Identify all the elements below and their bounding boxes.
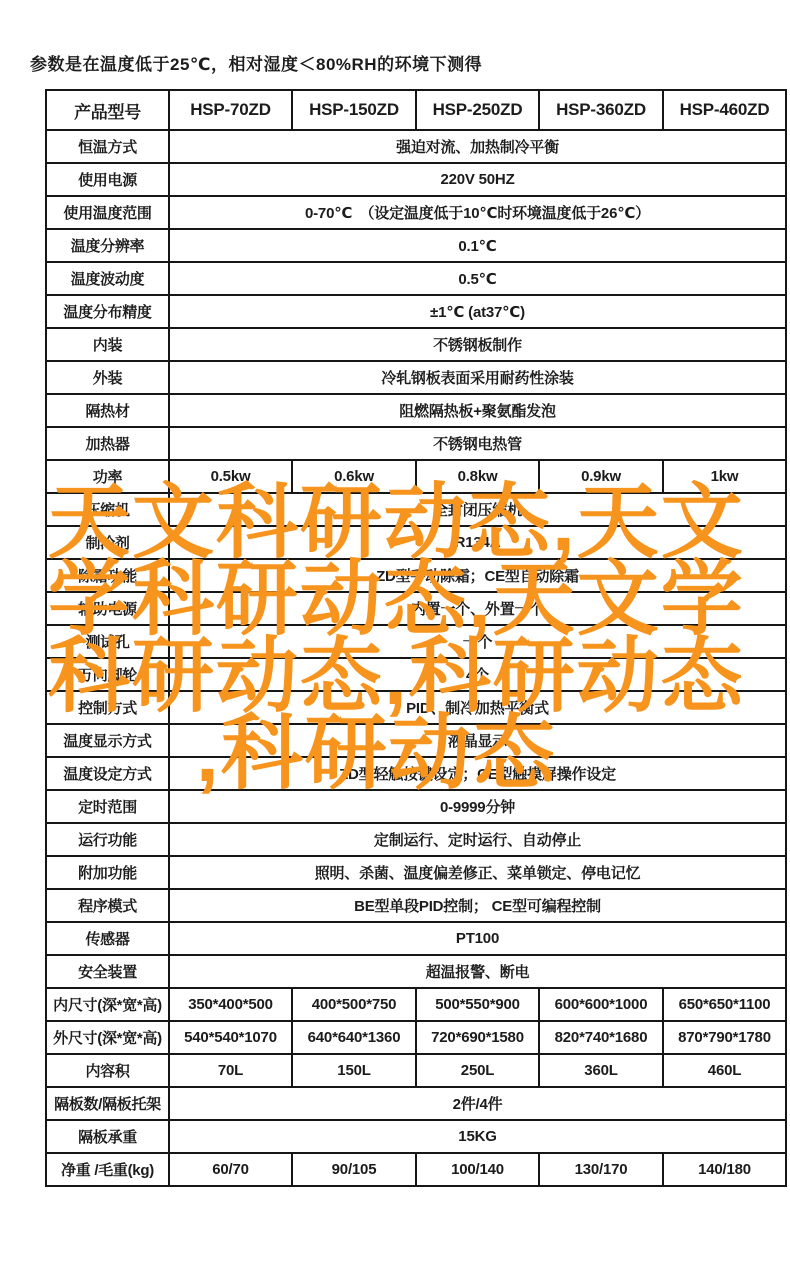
spec-value-cell: 100/140 — [416, 1153, 539, 1186]
table-row: 附加功能照明、杀菌、温度偏差修正、菜单锁定、停电记忆 — [46, 856, 786, 889]
spec-value-cell: 液晶显示 — [169, 724, 786, 757]
spec-label-cell: 万向脚轮 — [46, 658, 169, 691]
spec-label-cell: 隔热材 — [46, 394, 169, 427]
spec-value-cell: 130/170 — [539, 1153, 663, 1186]
spec-value-cell: ±1℃ (at37℃) — [169, 295, 786, 328]
spec-label-cell: 温度分布精度 — [46, 295, 169, 328]
spec-value-cell: 400*500*750 — [292, 988, 416, 1021]
spec-label-cell: 功率 — [46, 460, 169, 493]
spec-value-cell: 250L — [416, 1054, 539, 1087]
spec-value-cell: 0.6kw — [292, 460, 416, 493]
table-row: 功率0.5kw0.6kw0.8kw0.9kw1kw — [46, 460, 786, 493]
spec-value-cell: 强迫对流、加热制冷平衡 — [169, 130, 786, 163]
spec-table-body: 恒温方式强迫对流、加热制冷平衡使用电源220V 50HZ使用温度范围0-70℃ … — [46, 130, 786, 1186]
spec-value-cell: 冷轧钢板表面采用耐药性涂装 — [169, 361, 786, 394]
spec-value-cell: 2件/4件 — [169, 1087, 786, 1120]
table-row: 测试孔一个 — [46, 625, 786, 658]
table-row: 使用电源220V 50HZ — [46, 163, 786, 196]
table-row: 温度设定方式ZD型轻触按键设定；CE型触摸屏操作设定 — [46, 757, 786, 790]
table-row: 温度波动度0.5℃ — [46, 262, 786, 295]
spec-value-cell: 0.5kw — [169, 460, 292, 493]
spec-value-cell: 定制运行、定时运行、自动停止 — [169, 823, 786, 856]
spec-value-cell: 60/70 — [169, 1153, 292, 1186]
spec-label-cell: 内容积 — [46, 1054, 169, 1087]
spec-value-cell: 阻燃隔热板+聚氨酯发泡 — [169, 394, 786, 427]
spec-label-cell: 除霜功能 — [46, 559, 169, 592]
table-row: 程序模式BE型单段PID控制； CE型可编程控制 — [46, 889, 786, 922]
spec-value-cell: 不锈钢电热管 — [169, 427, 786, 460]
spec-label-cell: 使用温度范围 — [46, 196, 169, 229]
spec-value-cell: 15KG — [169, 1120, 786, 1153]
spec-value-cell: 0-9999分钟 — [169, 790, 786, 823]
spec-value-cell: 1kw — [663, 460, 786, 493]
spec-value-cell: 870*790*1780 — [663, 1021, 786, 1054]
spec-label-cell: 温度显示方式 — [46, 724, 169, 757]
table-row: 除霜功能ZD型手动除霜；CE型自动除霜 — [46, 559, 786, 592]
spec-value-cell: 70L — [169, 1054, 292, 1087]
table-row: 恒温方式强迫对流、加热制冷平衡 — [46, 130, 786, 163]
table-row: 温度分布精度±1℃ (at37℃) — [46, 295, 786, 328]
table-row: 定时范围0-9999分钟 — [46, 790, 786, 823]
table-row: 外装冷轧钢板表面采用耐药性涂装 — [46, 361, 786, 394]
spec-value-cell: 超温报警、断电 — [169, 955, 786, 988]
table-row: 压缩机全封闭压缩机 — [46, 493, 786, 526]
header-model-cell: HSP-70ZD — [169, 90, 292, 130]
spec-value-cell: 一个 — [169, 625, 786, 658]
table-row: 内尺寸(深*宽*高)350*400*500400*500*750500*550*… — [46, 988, 786, 1021]
table-row: 传感器PT100 — [46, 922, 786, 955]
spec-value-cell: R134A — [169, 526, 786, 559]
spec-value-cell: 220V 50HZ — [169, 163, 786, 196]
spec-label-cell: 程序模式 — [46, 889, 169, 922]
spec-label-cell: 控制方式 — [46, 691, 169, 724]
spec-value-cell: 350*400*500 — [169, 988, 292, 1021]
spec-value-cell: 540*540*1070 — [169, 1021, 292, 1054]
spec-value-cell: 内置一个、外置一个 — [169, 592, 786, 625]
spec-label-cell: 附加功能 — [46, 856, 169, 889]
table-row: 外尺寸(深*宽*高)540*540*1070640*640*1360720*69… — [46, 1021, 786, 1054]
table-row: 制冷剂R134A — [46, 526, 786, 559]
spec-value-cell: ZD型手动除霜；CE型自动除霜 — [169, 559, 786, 592]
spec-label-cell: 恒温方式 — [46, 130, 169, 163]
spec-value-cell: 820*740*1680 — [539, 1021, 663, 1054]
table-row: 温度分辨率0.1℃ — [46, 229, 786, 262]
spec-value-cell: 4个 — [169, 658, 786, 691]
spec-value-cell: 0.9kw — [539, 460, 663, 493]
spec-value-cell: 150L — [292, 1054, 416, 1087]
spec-value-cell: 不锈钢板制作 — [169, 328, 786, 361]
table-row: 使用温度范围0-70℃ （设定温度低于10℃时环境温度低于26℃） — [46, 196, 786, 229]
spec-value-cell: PT100 — [169, 922, 786, 955]
spec-label-cell: 制冷剂 — [46, 526, 169, 559]
table-row: 辅助电源内置一个、外置一个 — [46, 592, 786, 625]
header-model-cell: HSP-360ZD — [539, 90, 663, 130]
spec-value-cell: 90/105 — [292, 1153, 416, 1186]
spec-value-cell: 0.1℃ — [169, 229, 786, 262]
table-header-row: 产品型号 HSP-70ZD HSP-150ZD HSP-250ZD HSP-36… — [46, 90, 786, 130]
spec-label-cell: 净重 /毛重(kg) — [46, 1153, 169, 1186]
spec-value-cell: 460L — [663, 1054, 786, 1087]
spec-label-cell: 温度分辨率 — [46, 229, 169, 262]
spec-value-cell: 0.5℃ — [169, 262, 786, 295]
table-row: 内装不锈钢板制作 — [46, 328, 786, 361]
table-row: 万向脚轮4个 — [46, 658, 786, 691]
spec-label-cell: 内尺寸(深*宽*高) — [46, 988, 169, 1021]
spec-label-cell: 辅助电源 — [46, 592, 169, 625]
spec-value-cell: 0.8kw — [416, 460, 539, 493]
spec-label-cell: 运行功能 — [46, 823, 169, 856]
spec-label-cell: 内装 — [46, 328, 169, 361]
spec-label-cell: 外装 — [46, 361, 169, 394]
spec-label-cell: 使用电源 — [46, 163, 169, 196]
spec-value-cell: 650*650*1100 — [663, 988, 786, 1021]
spec-value-cell: 0-70℃ （设定温度低于10℃时环境温度低于26℃） — [169, 196, 786, 229]
spec-label-cell: 温度波动度 — [46, 262, 169, 295]
table-row: 隔板承重15KG — [46, 1120, 786, 1153]
spec-label-cell: 隔板承重 — [46, 1120, 169, 1153]
table-row: 运行功能定制运行、定时运行、自动停止 — [46, 823, 786, 856]
spec-value-cell: 720*690*1580 — [416, 1021, 539, 1054]
spec-value-cell: 500*550*900 — [416, 988, 539, 1021]
table-row: 净重 /毛重(kg)60/7090/105100/140130/170140/1… — [46, 1153, 786, 1186]
spec-label-cell: 外尺寸(深*宽*高) — [46, 1021, 169, 1054]
spec-label-cell: 隔板数/隔板托架 — [46, 1087, 169, 1120]
spec-value-cell: 照明、杀菌、温度偏差修正、菜单锁定、停电记忆 — [169, 856, 786, 889]
spec-value-cell: 全封闭压缩机 — [169, 493, 786, 526]
header-model-cell: HSP-250ZD — [416, 90, 539, 130]
measurement-condition-note: 参数是在温度低于25℃，相对湿度＜80%RH的环境下测得 — [30, 50, 482, 75]
table-row: 控制方式PID、制冷加热平衡式 — [46, 691, 786, 724]
product-spec-table: 产品型号 HSP-70ZD HSP-150ZD HSP-250ZD HSP-36… — [45, 89, 787, 1187]
spec-label-cell: 温度设定方式 — [46, 757, 169, 790]
table-row: 安全装置超温报警、断电 — [46, 955, 786, 988]
spec-value-cell: ZD型轻触按键设定；CE型触摸屏操作设定 — [169, 757, 786, 790]
spec-value-cell: PID、制冷加热平衡式 — [169, 691, 786, 724]
header-label-cell: 产品型号 — [46, 90, 169, 130]
spec-value-cell: 360L — [539, 1054, 663, 1087]
table-row: 加热器不锈钢电热管 — [46, 427, 786, 460]
spec-value-cell: 640*640*1360 — [292, 1021, 416, 1054]
spec-value-cell: 140/180 — [663, 1153, 786, 1186]
table-row: 温度显示方式液晶显示 — [46, 724, 786, 757]
spec-label-cell: 定时范围 — [46, 790, 169, 823]
table-row: 隔热材阻燃隔热板+聚氨酯发泡 — [46, 394, 786, 427]
spec-value-cell: 600*600*1000 — [539, 988, 663, 1021]
spec-label-cell: 测试孔 — [46, 625, 169, 658]
spec-label-cell: 传感器 — [46, 922, 169, 955]
page: 参数是在温度低于25℃，相对湿度＜80%RH的环境下测得 产品型号 HSP-70… — [0, 0, 790, 1277]
spec-label-cell: 压缩机 — [46, 493, 169, 526]
table-row: 隔板数/隔板托架2件/4件 — [46, 1087, 786, 1120]
spec-label-cell: 安全装置 — [46, 955, 169, 988]
spec-value-cell: BE型单段PID控制； CE型可编程控制 — [169, 889, 786, 922]
header-model-cell: HSP-150ZD — [292, 90, 416, 130]
table-row: 内容积70L150L250L360L460L — [46, 1054, 786, 1087]
header-model-cell: HSP-460ZD — [663, 90, 786, 130]
spec-label-cell: 加热器 — [46, 427, 169, 460]
